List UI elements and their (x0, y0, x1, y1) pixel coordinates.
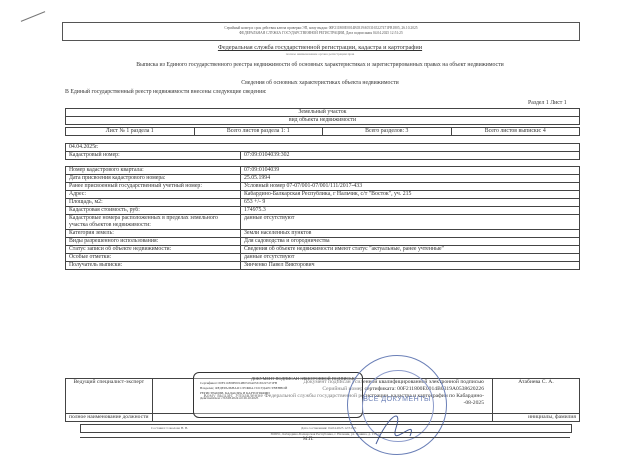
row-value: Сведения об объекте недвижимости имеют с… (241, 246, 580, 254)
row-label: Особые отметки: (66, 254, 241, 262)
issuer-line: ФЕДЕРАЛЬНАЯ СЛУЖБА ГОСУДАРСТВЕННОЙ РЕГИС… (63, 31, 579, 36)
sheets-in-section: Всего листов раздела 1: 1 (194, 128, 323, 136)
table-row: Категория земель:Земли населенных пункто… (66, 230, 580, 238)
row-label: Площадь, м2: (66, 199, 241, 207)
row-label: Ранее присвоенный государственный учетны… (66, 183, 241, 191)
row-label: Статус записи об объекте недвижимости: (66, 246, 241, 254)
intro-text: В Единый государственный реестр недвижим… (65, 89, 267, 95)
row-value: Кабардино-Балкарская Республика, г Нальч… (241, 191, 580, 199)
table-row: Кадастровая стоимость, руб:174975.3 (66, 207, 580, 215)
name-caption: инициалы, фамилия (493, 414, 580, 422)
cadastral-table: 04.04.2025г. Кадастровый номер: 07:09:01… (65, 143, 580, 160)
row-value: 174975.3 (241, 207, 580, 215)
office-address: 360051, Кабардино-Балкарская Республика,… (80, 431, 570, 438)
row-label: Виды разрешенного использования: (66, 238, 241, 246)
table-row: Адрес:Кабардино-Балкарская Республика, г… (66, 191, 580, 199)
position-caption: полное наименование должности (66, 414, 153, 422)
row-label: Получатель выписки: (66, 262, 241, 270)
row-value: данные отсутствуют (241, 215, 580, 230)
electronic-signature-stamp: ДОКУМЕНТ ПОДПИСАН ЭЛЕКТРОННОЙ ПОДПИСЬЮ С… (193, 372, 363, 418)
signer-name: Атабиева С. А. (493, 379, 580, 414)
table-row: Номер кадастрового квартала:07:09:010403… (66, 167, 580, 175)
sheet-number: Лист № 1 раздела 1 (66, 128, 195, 136)
row-value: 25.05.1994 (241, 175, 580, 183)
row-value: 653 +/- 9 (241, 199, 580, 207)
table-row: Виды разрешенного использования:Для садо… (66, 238, 580, 246)
row-label: Кадастровые номера расположенных в преде… (66, 215, 241, 230)
seal-place-label: М.П. (303, 437, 314, 442)
row-value: Для садоводства и огородничества (241, 238, 580, 246)
document-title: Выписка из Единого государственного реес… (0, 62, 640, 68)
row-label: Номер кадастрового квартала: (66, 167, 241, 175)
round-seal-icon: ВСЕ ДОКУМЕНТЫ (347, 355, 447, 455)
characteristics-table: Номер кадастрового квартала:07:09:010403… (65, 166, 580, 270)
agency-name: Федеральная служба государственной регис… (0, 44, 640, 51)
row-label: Дата присвоения кадастрового номера: (66, 175, 241, 183)
row-label: Адрес: (66, 191, 241, 199)
row-value: Земли населенных пунктов (241, 230, 580, 238)
signature-scribble-icon (348, 356, 446, 454)
sections-total: Всего разделов: 3 (323, 128, 452, 136)
object-header-table: Земельный участок вид объекта недвижимос… (65, 108, 580, 125)
cadastral-number-value: 07:09:0104039:302 (241, 152, 580, 160)
row-value: Зинченко Павел Викторович (241, 262, 580, 270)
table-row: Кадастровые номера расположенных в преде… (66, 215, 580, 230)
sheets-total: Всего листов выписки: 4 (451, 128, 580, 136)
row-label: Категория земель: (66, 230, 241, 238)
signer-position: Ведущий специалист-эксперт (66, 379, 153, 414)
agency-caption: полное наименование органа регистрации п… (0, 52, 640, 56)
row-value: Условный номер 07-07/001-07/001/111/2017… (241, 183, 580, 191)
signature-verification-box: Серийный номер и срок действия ключа про… (62, 22, 580, 41)
cadastral-number-label: Кадастровый номер: (66, 152, 241, 160)
table-row: Получатель выписки:Зинченко Павел Виктор… (66, 262, 580, 270)
extract-date: 04.04.2025г. (66, 144, 580, 152)
table-row: Статус записи об объекте недвижимости:Св… (66, 246, 580, 254)
table-row: Дата присвоения кадастрового номера:25.0… (66, 175, 580, 183)
object-type: Земельный участок (66, 109, 580, 117)
object-type-caption: вид объекта недвижимости (66, 117, 580, 125)
table-row: Площадь, м2:653 +/- 9 (66, 199, 580, 207)
row-label: Кадастровая стоимость, руб: (66, 207, 241, 215)
stamp-valid: Действителен: с 02.08.2024 по 26.10.2025 (200, 396, 356, 401)
row-value: данные отсутствуют (241, 254, 580, 262)
section-title: Сведения об основных характеристиках объ… (0, 80, 640, 86)
table-row: Ранее присвоенный государственный учетны… (66, 183, 580, 191)
table-row: Особые отметки:данные отсутствуют (66, 254, 580, 262)
row-value: 07:09:0104039 (241, 167, 580, 175)
sheet-info-table: Лист № 1 раздела 1 Всего листов раздела … (65, 127, 580, 136)
pen-mark (21, 11, 45, 22)
sheet-label: Раздел 1 Лист 1 (528, 100, 567, 106)
